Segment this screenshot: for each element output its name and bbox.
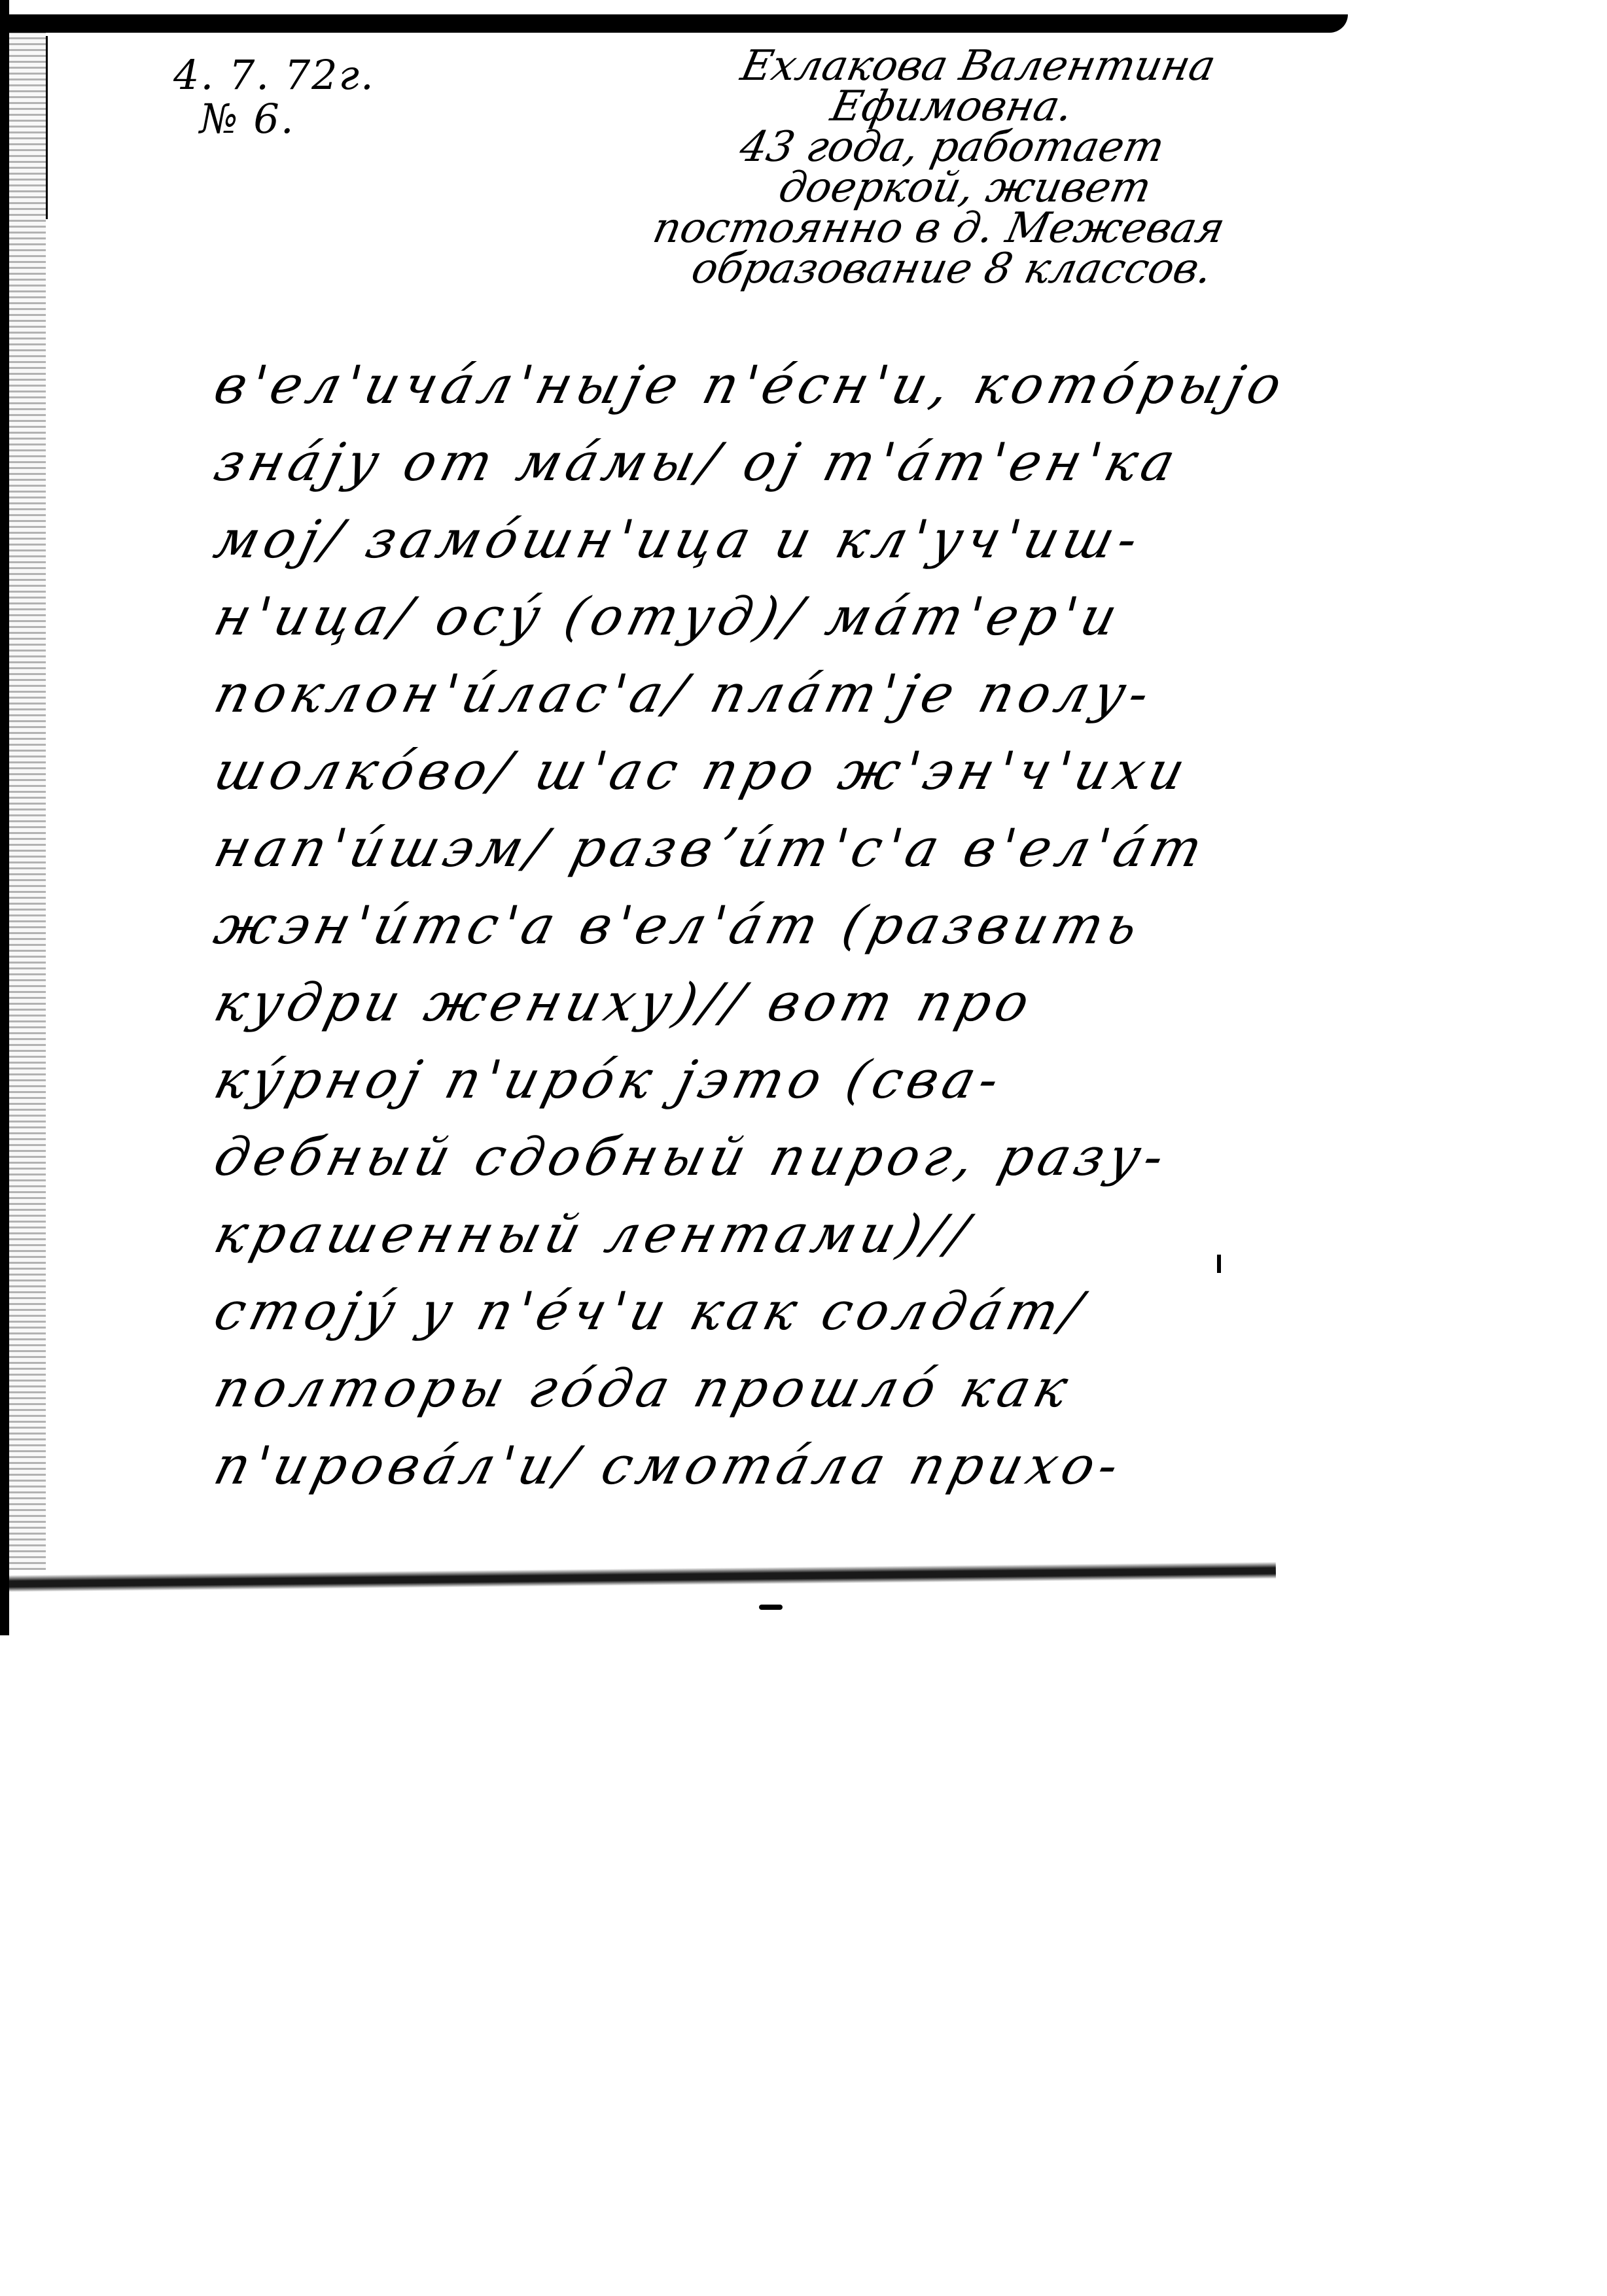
scan-bottom-edge <box>0 1562 1276 1592</box>
transcription-body: в'ел'ича́л'ныjе п'е́сн'и, кото́рыjо зна́… <box>216 347 1381 1505</box>
informant-name: Ехлакова Валентина <box>591 46 1365 86</box>
text-line: ку́рноj п'иро́к jэто (сва- <box>206 1041 1390 1119</box>
text-line: кудри жениху)// вот про <box>206 964 1390 1041</box>
margin-rule <box>46 36 48 219</box>
text-line: стоjу́ у п'е́ч'и как солда́т/ <box>206 1273 1390 1350</box>
informant-info: Ехлакова Валентина Ефимовна. 43 года, ра… <box>543 46 1361 289</box>
text-line: дебный сдобный пирог, разу- <box>206 1119 1390 1196</box>
informant-residence: постоянно в д. Межевая <box>512 208 1365 249</box>
informant-occupation: доеркой, живет <box>565 167 1365 208</box>
ink-speck <box>759 1605 783 1610</box>
text-line: в'ел'ича́л'ныjе п'е́сн'и, кото́рыjо <box>206 347 1390 424</box>
informant-education: образование 8 классов. <box>539 249 1365 289</box>
text-line: нап'и́шэм/ развʼи́т'с'а в'ел'а́т <box>206 810 1390 887</box>
text-line: жэн'и́тс'а в'ел'а́т (развить <box>206 887 1390 964</box>
text-line: полторы го́да прошло́ как <box>206 1350 1390 1427</box>
scan-top-border <box>7 14 1348 33</box>
text-line: поклон'и́лас'а/ пла́т'jе полу- <box>206 655 1390 733</box>
text-line: н'ица/ осу́ (отуд)/ ма́т'ер'и <box>206 578 1390 655</box>
text-line: крашенный лентами)// <box>206 1196 1390 1273</box>
informant-patronymic: Ефимовна. <box>539 86 1365 127</box>
text-line: шолко́во/ ш'ас про ж'эн'ч'ихи <box>206 733 1390 810</box>
text-line: п'ирова́л'и/ смота́ла прихо- <box>206 1427 1390 1505</box>
scanned-notebook-page: 4. 7. 72г. № 6. Ехлакова Валентина Ефимо… <box>0 0 1607 2296</box>
text-line: зна́jу от ма́мы/ оj т'а́т'ен'ка <box>206 424 1390 501</box>
record-number: № 6. <box>200 95 295 143</box>
record-date: 4. 7. 72г. <box>173 51 375 99</box>
text-line: моj/ замо́шн'ица и кл'уч'иш- <box>206 501 1390 578</box>
informant-age-work: 43 года, работает <box>539 127 1365 167</box>
scan-left-shadow <box>7 33 46 1570</box>
